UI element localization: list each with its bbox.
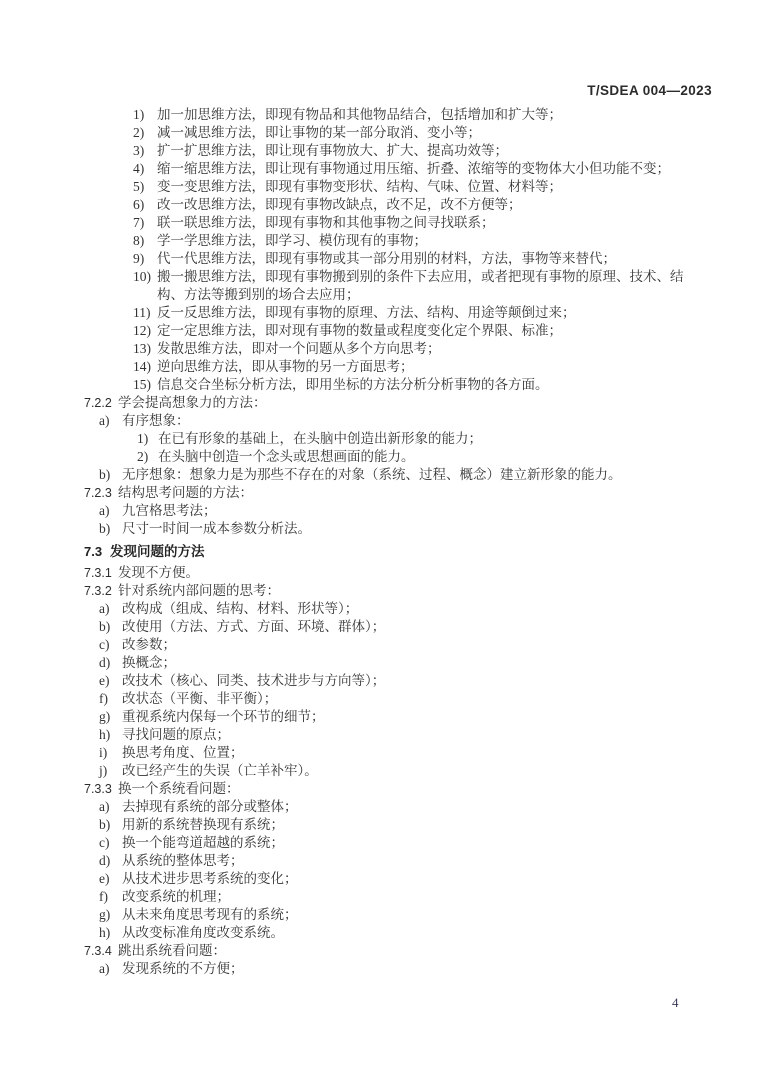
item-label: a) — [99, 798, 122, 816]
list-item: 15)信息交合坐标分析方法，即用坐标的方法分析分析事物的各方面。 — [0, 376, 766, 394]
clause-line: 7.3.2针对系统内部问题的思考： — [0, 582, 766, 600]
item-label: f) — [99, 888, 122, 906]
list-item: 14)逆向思维方法，即从事物的另一方面思考； — [0, 358, 766, 376]
item-text: 联一联思维方法，即现有事物和其他事物之间寻找联系； — [157, 214, 495, 232]
item-label: 7) — [133, 214, 157, 232]
document-header: T/SDEA 004—2023 — [587, 82, 712, 100]
item-label: 5) — [133, 178, 157, 196]
item-label: 13) — [133, 340, 157, 358]
item-label: 4) — [133, 160, 157, 178]
list-item: h)从改变标准角度改变系统。 — [0, 924, 766, 942]
item-label: g) — [99, 708, 122, 726]
clause-line: 7.3.4跳出系统看问题： — [0, 942, 766, 960]
list-item: 10)搬一搬思维方法，即现有事物搬到别的条件下去应用，或者把现有事物的原理、技术… — [0, 268, 766, 304]
item-label: 7.3 — [84, 543, 110, 561]
item-text: 改技术（核心、同类、技术进步与方向等）； — [122, 672, 385, 690]
item-text: 从系统的整体思考； — [122, 852, 244, 870]
item-text: 改使用（方法、方式、方面、环境、群体）； — [122, 618, 385, 636]
list-item: 3)扩一扩思维方法，即让现有事物放大、扩大、提高功效等； — [0, 142, 766, 160]
list-item: a)去掉现有系统的部分或整体； — [0, 798, 766, 816]
list-item: 11)反一反思维方法，即现有事物的原理、方法、结构、用途等颠倒过来； — [0, 304, 766, 322]
item-text: 发现问题的方法 — [110, 543, 205, 561]
item-text: 用新的系统替换现有系统； — [122, 816, 284, 834]
list-item: c)换一个能弯道超越的系统； — [0, 834, 766, 852]
item-label: b) — [99, 466, 122, 484]
clause-line: 7.3.1发现不方便。 — [0, 564, 766, 582]
list-item: e)改技术（核心、同类、技术进步与方向等）； — [0, 672, 766, 690]
list-item: a)有序想象： — [0, 412, 766, 430]
list-item: 1)在已有形象的基础上，在头脑中创造出新形象的能力； — [0, 430, 766, 448]
item-text: 从技术进步思考系统的变化； — [122, 870, 298, 888]
item-text: 换一个能弯道超越的系统； — [122, 834, 284, 852]
list-item: h)寻找问题的原点； — [0, 726, 766, 744]
item-label: 7.3.3 — [84, 780, 118, 798]
list-item: 12)定一定思维方法，即对现有事物的数量或程度变化定个界限、标准； — [0, 322, 766, 340]
item-text: 尺寸一时间一成本参数分析法。 — [122, 520, 311, 538]
item-text: 变一变思维方法，即现有事物变形状、结构、气味、位置、材料等； — [157, 178, 562, 196]
list-item: 7)联一联思维方法，即现有事物和其他事物之间寻找联系； — [0, 214, 766, 232]
item-label: e) — [99, 870, 122, 888]
item-text: 去掉现有系统的部分或整体； — [122, 798, 298, 816]
item-text: 结构思考问题的方法： — [118, 484, 253, 502]
list-item: a)九宫格思考法； — [0, 502, 766, 520]
item-label: 2) — [133, 124, 157, 142]
page-number: 4 — [672, 995, 679, 1011]
item-text: 改已经产生的失误（亡羊补牢）。 — [122, 762, 318, 780]
item-text: 发现不方便。 — [118, 564, 199, 582]
item-text: 在头脑中创造一个念头或思想画面的能力。 — [158, 448, 415, 466]
item-label: 14) — [133, 358, 157, 376]
list-item: 13)发散思维方法，即对一个问题从多个方向思考； — [0, 340, 766, 358]
item-text: 缩一缩思维方法，即让现有事物通过用压缩、折叠、浓缩等的变物体大小但功能不变； — [157, 160, 670, 178]
item-text: 定一定思维方法，即对现有事物的数量或程度变化定个界限、标准； — [157, 322, 562, 340]
item-label: a) — [99, 600, 122, 618]
item-text: 九宫格思考法； — [122, 502, 217, 520]
clause-line: 7.3.3换一个系统看问题： — [0, 780, 766, 798]
item-label: 6) — [133, 196, 157, 214]
list-item: 2)在头脑中创造一个念头或思想画面的能力。 — [0, 448, 766, 466]
item-label: d) — [99, 852, 122, 870]
item-text: 改参数； — [122, 636, 176, 654]
item-text: 针对系统内部问题的思考： — [118, 582, 280, 600]
list-item: d)换概念； — [0, 654, 766, 672]
section-heading: 7.3发现问题的方法 — [0, 543, 766, 561]
item-text: 改构成（组成、结构、材料、形状等）； — [122, 600, 358, 618]
item-label: j) — [99, 762, 122, 780]
item-text: 学会提高想象力的方法： — [118, 394, 267, 412]
item-label: g) — [99, 906, 122, 924]
list-item: b)用新的系统替换现有系统； — [0, 816, 766, 834]
item-label: 7.2.3 — [84, 484, 118, 502]
item-text: 发散思维方法，即对一个问题从多个方向思考； — [157, 340, 441, 358]
list-item: e)从技术进步思考系统的变化； — [0, 870, 766, 888]
item-text: 从改变标准角度改变系统。 — [122, 924, 284, 942]
list-item: 6)改一改思维方法，即现有事物改缺点，改不足，改不方便等； — [0, 196, 766, 214]
item-label: 3) — [133, 142, 157, 160]
list-item: 4)缩一缩思维方法，即让现有事物通过用压缩、折叠、浓缩等的变物体大小但功能不变； — [0, 160, 766, 178]
item-label: h) — [99, 726, 122, 744]
list-item: 2)减一减思维方法，即让事物的某一部分取消、变小等； — [0, 124, 766, 142]
item-text: 改一改思维方法，即现有事物改缺点，改不足，改不方便等； — [157, 196, 522, 214]
item-text: 反一反思维方法，即现有事物的原理、方法、结构、用途等颠倒过来； — [157, 304, 576, 322]
document-body: 1)加一加思维方法，即现有物品和其他物品结合，包括增加和扩大等；2)减一减思维方… — [0, 106, 766, 978]
item-text: 无序想象：想象力是为那些不存在的对象（系统、过程、概念）建立新形象的能力。 — [122, 466, 622, 484]
item-text: 学一学思维方法，即学习、模仿现有的事物； — [157, 232, 427, 250]
list-item: d)从系统的整体思考； — [0, 852, 766, 870]
list-item: 9)代一代思维方法，即现有事物或其一部分用别的材料，方法，事物等来替代； — [0, 250, 766, 268]
list-item: j)改已经产生的失误（亡羊补牢）。 — [0, 762, 766, 780]
item-text: 在已有形象的基础上，在头脑中创造出新形象的能力； — [158, 430, 482, 448]
item-label: 9) — [133, 250, 157, 268]
item-text: 减一减思维方法，即让事物的某一部分取消、变小等； — [157, 124, 481, 142]
list-item: i)换思考角度、位置； — [0, 744, 766, 762]
item-label: 10) — [133, 268, 157, 286]
list-item: c)改参数； — [0, 636, 766, 654]
item-label: 7.3.2 — [84, 582, 118, 600]
item-text: 搬一搬思维方法，即现有事物搬到别的条件下去应用，或者把现有事物的原理、技术、结构… — [157, 268, 690, 304]
item-label: 12) — [133, 322, 157, 340]
item-text: 代一代思维方法，即现有事物或其一部分用别的材料，方法，事物等来替代； — [157, 250, 616, 268]
item-text: 跳出系统看问题： — [118, 942, 226, 960]
item-label: f) — [99, 690, 122, 708]
item-label: d) — [99, 654, 122, 672]
clause-line: 7.2.2学会提高想象力的方法： — [0, 394, 766, 412]
item-label: 15) — [133, 376, 157, 394]
item-text: 换一个系统看问题： — [118, 780, 240, 798]
item-label: i) — [99, 744, 122, 762]
item-label: 2) — [137, 448, 158, 466]
document-page: T/SDEA 004—2023 1)加一加思维方法，即现有物品和其他物品结合，包… — [0, 0, 766, 1079]
item-text: 从未来角度思考现有的系统； — [122, 906, 298, 924]
item-text: 重视系统内保每一个环节的细节； — [122, 708, 325, 726]
list-item: 5)变一变思维方法，即现有事物变形状、结构、气味、位置、材料等； — [0, 178, 766, 196]
list-item: a)发现系统的不方便； — [0, 960, 766, 978]
list-item: f)改变系统的机理； — [0, 888, 766, 906]
item-label: c) — [99, 636, 122, 654]
item-label: 7.2.2 — [84, 394, 118, 412]
clause-line: 7.2.3结构思考问题的方法： — [0, 484, 766, 502]
item-text: 逆向思维方法，即从事物的另一方面思考； — [157, 358, 414, 376]
item-label: b) — [99, 520, 122, 538]
item-text: 寻找问题的原点； — [122, 726, 230, 744]
item-label: h) — [99, 924, 122, 942]
item-text: 换概念； — [122, 654, 176, 672]
item-text: 发现系统的不方便； — [122, 960, 244, 978]
list-item: b)改使用（方法、方式、方面、环境、群体）； — [0, 618, 766, 636]
item-text: 有序想象： — [122, 412, 190, 430]
list-item: g)重视系统内保每一个环节的细节； — [0, 708, 766, 726]
item-label: 11) — [133, 304, 157, 322]
item-label: 1) — [133, 106, 157, 124]
item-label: a) — [99, 412, 122, 430]
item-label: e) — [99, 672, 122, 690]
list-item: f)改状态（平衡、非平衡）； — [0, 690, 766, 708]
item-label: 1) — [137, 430, 158, 448]
doc-number: T/SDEA 004—2023 — [587, 83, 712, 98]
item-label: 7.3.1 — [84, 564, 118, 582]
item-text: 改状态（平衡、非平衡）； — [122, 690, 277, 708]
item-text: 扩一扩思维方法，即让现有事物放大、扩大、提高功效等； — [157, 142, 508, 160]
item-label: a) — [99, 502, 122, 520]
item-label: 7.3.4 — [84, 942, 118, 960]
item-label: b) — [99, 618, 122, 636]
list-item: g)从未来角度思考现有的系统； — [0, 906, 766, 924]
list-item: b)无序想象：想象力是为那些不存在的对象（系统、过程、概念）建立新形象的能力。 — [0, 466, 766, 484]
list-item: b)尺寸一时间一成本参数分析法。 — [0, 520, 766, 538]
item-text: 加一加思维方法，即现有物品和其他物品结合，包括增加和扩大等； — [157, 106, 562, 124]
item-label: b) — [99, 816, 122, 834]
item-label: c) — [99, 834, 122, 852]
list-item: 1)加一加思维方法，即现有物品和其他物品结合，包括增加和扩大等； — [0, 106, 766, 124]
item-text: 改变系统的机理； — [122, 888, 230, 906]
item-label: 8) — [133, 232, 157, 250]
list-item: a)改构成（组成、结构、材料、形状等）； — [0, 600, 766, 618]
item-label: a) — [99, 960, 122, 978]
item-text: 换思考角度、位置； — [122, 744, 244, 762]
item-text: 信息交合坐标分析方法，即用坐标的方法分析分析事物的各方面。 — [157, 376, 549, 394]
list-item: 8)学一学思维方法，即学习、模仿现有的事物； — [0, 232, 766, 250]
